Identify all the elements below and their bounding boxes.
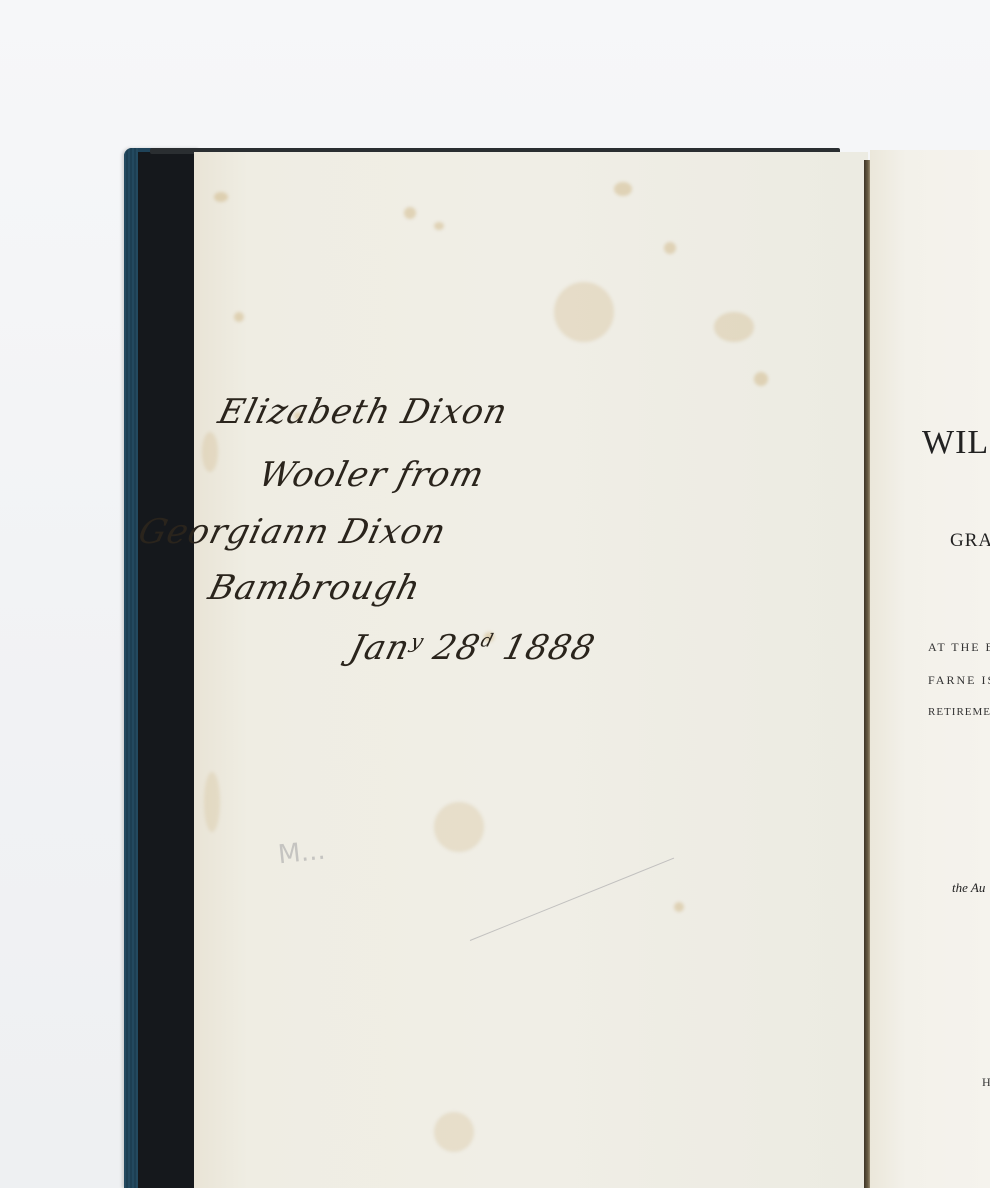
publisher-fragment: H (982, 1075, 990, 1090)
flyleaf-page (194, 152, 868, 1188)
inscription-line: Elizabeth Dixon (214, 392, 512, 432)
title-page: WIL GRA AT THE B FARNE IS RETIREMEN the … (870, 150, 990, 1188)
pencil-note: M... (277, 836, 327, 871)
inscription-line: Bambrough (204, 568, 425, 608)
inscription-line: Wooler from (255, 455, 489, 495)
subtitle-fragment: GRA (950, 530, 990, 552)
inscription-line: Georgiann Dixon (134, 512, 450, 552)
book-photo: WIL GRA AT THE B FARNE IS RETIREMEN the … (0, 0, 990, 1188)
author-line: the Au (952, 880, 985, 896)
book-spine (138, 152, 194, 1188)
date-text: Janʸ 28 (345, 628, 484, 668)
title-line-2: FARNE IS (928, 673, 990, 688)
inscription-date: Janʸ 28d 1888 (345, 628, 599, 668)
title-line-3: RETIREMEN (928, 706, 990, 718)
title-fragment: WIL (922, 424, 989, 462)
title-line-1: AT THE B (928, 640, 990, 655)
date-year: 1888 (499, 628, 600, 668)
